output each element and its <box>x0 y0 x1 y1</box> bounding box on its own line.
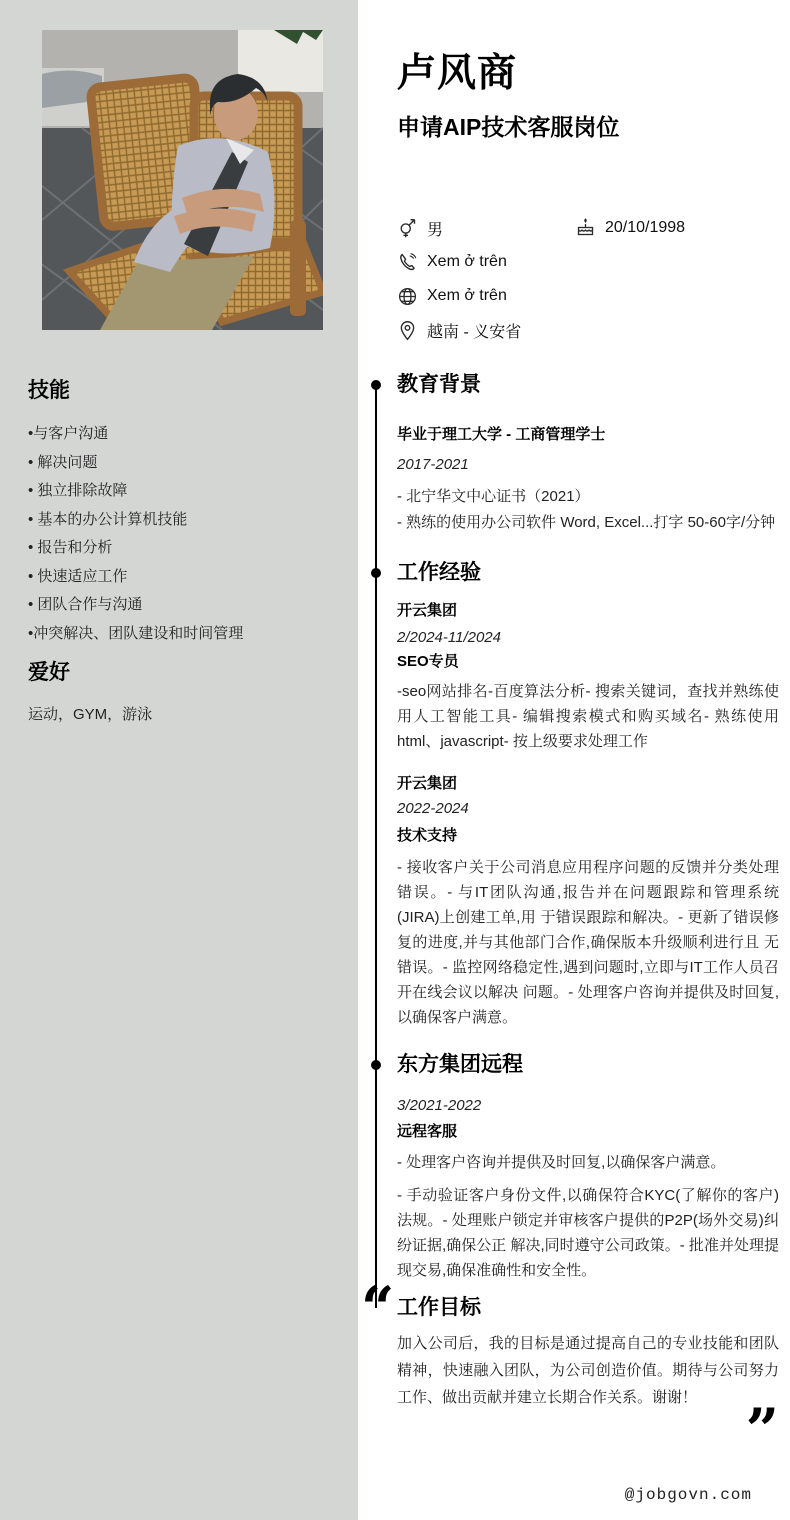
phone-value: Xem ở trên <box>427 253 507 271</box>
skill-item: • 快速适应工作 <box>28 563 338 592</box>
remote-job-section: 东方集团远程 3/2021-2022 远程客服 - 处理客户咨询并提供及时回复,… <box>397 1052 779 1283</box>
skill-item: • 报告和分析 <box>28 534 338 563</box>
remote-title: 东方集团远程 <box>397 1052 779 1078</box>
objective-title: 工作目标 <box>397 1295 779 1321</box>
remote-role: 远程客服 <box>397 1123 779 1141</box>
phone-field: Xem ở trên <box>397 252 507 273</box>
hobbies-text: 运动，GYM，游泳 <box>28 703 338 724</box>
open-quote-icon: “ <box>361 1279 394 1337</box>
skills-title: 技能 <box>28 374 338 404</box>
birthday-field: 20/10/1998 <box>575 217 685 238</box>
job-role: 技术支持 <box>397 827 779 845</box>
profile-photo-illustration <box>42 30 323 330</box>
contact-row: 男 20/10/1998 <box>397 217 777 239</box>
job-description: -seo网站排名-百度算法分析- 搜索关键词，查找并熟练使用人工智能工具- 编辑… <box>397 679 779 754</box>
objective-title-text: 工作目标 <box>397 1296 481 1319</box>
job-period: 2/2024-11/2024 <box>397 629 779 647</box>
sidebar: 技能 •与客户沟通 • 解决问题 • 独立排除故障 • 基本的办公计算机技能 •… <box>0 0 358 1520</box>
watermark: @jobgovn.com <box>625 1486 752 1504</box>
skill-item: •冲突解决、团队建设和时间管理 <box>28 620 338 649</box>
remote-detail: - 处理客户咨询并提供及时回复,以确保客户满意。 <box>397 1150 779 1175</box>
contact-row: 越南 - 义安省 <box>397 319 777 341</box>
education-detail: - 北宁华文中心证书（2021） <box>397 484 779 510</box>
experience-section: 工作经验 开云集团 2/2024-11/2024 SEO专员 -seo网站排名-… <box>397 560 779 1030</box>
job-entry: 开云集团 2022-2024 技术支持 - 接收客户关于公司消息应用程序问题的反… <box>397 775 779 1030</box>
close-quote-icon: ” <box>397 1413 779 1447</box>
education-detail: - 熟练的使用办公司软件 Word, Excel...打字 50-60字/分钟 <box>397 510 779 536</box>
skill-item: • 基本的办公计算机技能 <box>28 506 338 535</box>
job-company: 开云集团 <box>397 775 779 793</box>
birthday-cake-icon <box>575 217 596 238</box>
remote-detail: - 手动验证客户身份文件,以确保符合KYC(了解你的客户)法规。- 处理账户锁定… <box>397 1183 779 1283</box>
globe-icon <box>397 286 418 307</box>
job-role: SEO专员 <box>397 653 779 671</box>
location-pin-icon <box>397 320 418 341</box>
objective-section: “ 工作目标 加入公司后，我的目标是通过提高自己的专业技能和团队精神，快速融入团… <box>397 1295 779 1447</box>
gender-icon <box>397 218 418 239</box>
gender-value: 男 <box>427 217 443 240</box>
timeline-line <box>375 383 377 1308</box>
job-company: 开云集团 <box>397 602 779 620</box>
contact-row: Xem ở trên <box>397 285 777 307</box>
education-title-text: 教育背景 <box>397 373 481 396</box>
remote-title-text: 东方集团远程 <box>397 1053 523 1076</box>
education-degree: 毕业于理工大学 - 工商管理学士 <box>397 426 779 444</box>
education-title: 教育背景 <box>397 372 779 398</box>
applicant-name: 卢风商 <box>397 42 517 98</box>
experience-title-text: 工作经验 <box>397 561 481 584</box>
birthday-value: 20/10/1998 <box>605 219 685 237</box>
resume-sections: 教育背景 毕业于理工大学 - 工商管理学士 2017-2021 - 北宁华文中心… <box>397 372 779 1447</box>
resume-page: 技能 •与客户沟通 • 解决问题 • 独立排除故障 • 基本的办公计算机技能 •… <box>0 0 790 1520</box>
job-entry: 开云集团 2/2024-11/2024 SEO专员 -seo网站排名-百度算法分… <box>397 602 779 754</box>
contact-row: Xem ở trên <box>397 251 777 273</box>
skill-item: •与客户沟通 <box>28 420 338 449</box>
gender-field: 男 <box>397 217 443 240</box>
website-value: Xem ở trên <box>427 287 507 305</box>
timeline-dot <box>371 568 381 578</box>
job-description: - 接收客户关于公司消息应用程序问题的反馈并分类处理错误。- 与IT团队沟通,报… <box>397 855 779 1030</box>
profile-photo <box>42 30 323 330</box>
phone-icon <box>397 252 418 273</box>
timeline-dot <box>371 380 381 390</box>
timeline-dot <box>371 1060 381 1070</box>
location-field: 越南 - 义安省 <box>397 319 521 342</box>
hobbies-title: 爱好 <box>28 656 338 686</box>
skill-item: • 团队合作与沟通 <box>28 591 338 620</box>
education-section: 教育背景 毕业于理工大学 - 工商管理学士 2017-2021 - 北宁华文中心… <box>397 372 779 536</box>
hobbies-section: 爱好 运动，GYM，游泳 <box>28 656 338 724</box>
contact-info: 男 20/10/1998 <box>397 217 777 353</box>
skill-item: • 独立排除故障 <box>28 477 338 506</box>
experience-title: 工作经验 <box>397 560 779 586</box>
main-column: 卢风商 申请AIP技术客服岗位 男 <box>358 0 790 1520</box>
website-field: Xem ở trên <box>397 286 507 307</box>
objective-text: 加入公司后，我的目标是通过提高自己的专业技能和团队精神，快速融入团队，为公司创造… <box>397 1330 779 1411</box>
applied-position: 申请AIP技术客服岗位 <box>397 109 619 142</box>
job-period: 2022-2024 <box>397 800 779 818</box>
education-period: 2017-2021 <box>397 456 779 474</box>
skills-list: •与客户沟通 • 解决问题 • 独立排除故障 • 基本的办公计算机技能 • 报告… <box>28 420 338 648</box>
location-value: 越南 - 义安省 <box>427 319 521 342</box>
skill-item: • 解决问题 <box>28 449 338 478</box>
remote-period: 3/2021-2022 <box>397 1097 779 1115</box>
skills-section: 技能 •与客户沟通 • 解决问题 • 独立排除故障 • 基本的办公计算机技能 •… <box>28 374 338 648</box>
